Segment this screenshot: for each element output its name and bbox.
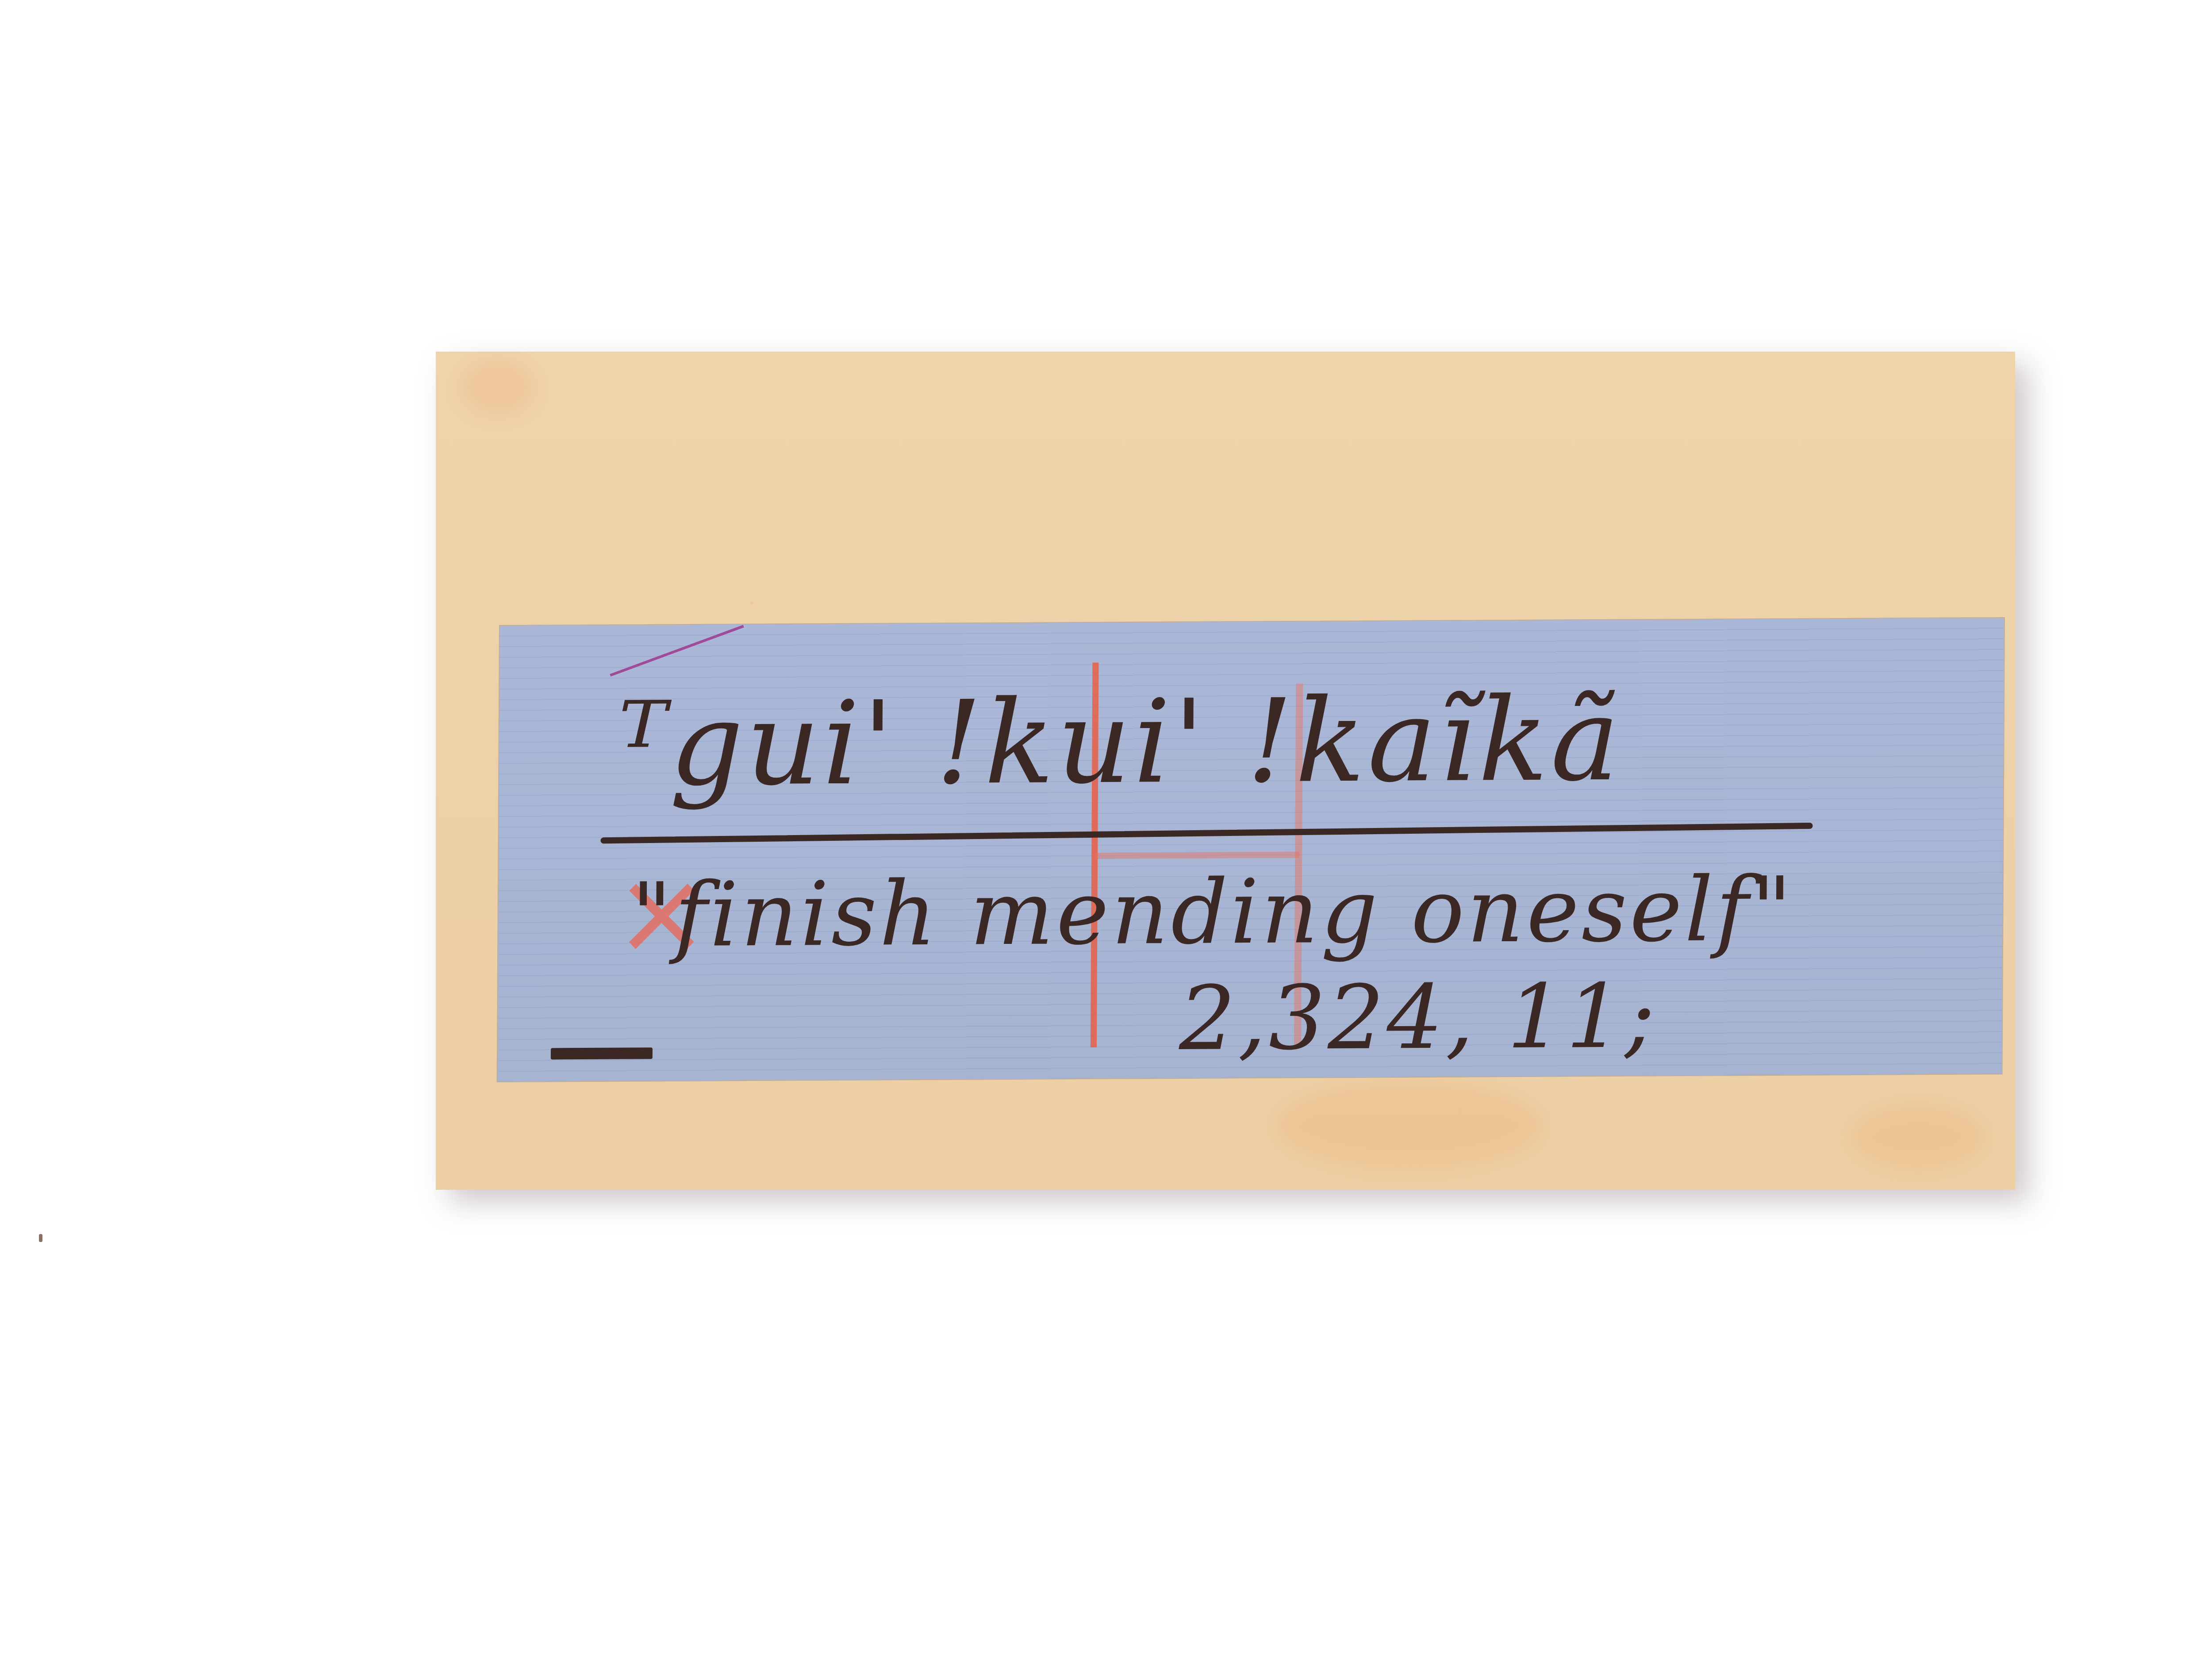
slip-translation-text: "finish mending oneself": [631, 858, 1795, 967]
heading-underline: [600, 823, 1813, 843]
slip-reference-number: 2,324, 11;: [1179, 965, 1658, 1070]
handwritten-slip: × ᵀgui' !kui' !kaĩkã "finish mending one…: [498, 618, 2004, 1081]
card-stain: [1276, 1081, 1542, 1170]
card-stain: [462, 360, 533, 414]
ink-dash-mark: [551, 1047, 653, 1059]
card-stain: [1851, 1104, 1984, 1170]
violet-pencil-stroke: [610, 625, 744, 677]
red-pencil-h-crossbar: [1096, 852, 1299, 859]
stray-mark: [39, 1234, 42, 1242]
slip-heading-text: ᵀgui' !kui' !kaĩkã: [618, 673, 1622, 812]
